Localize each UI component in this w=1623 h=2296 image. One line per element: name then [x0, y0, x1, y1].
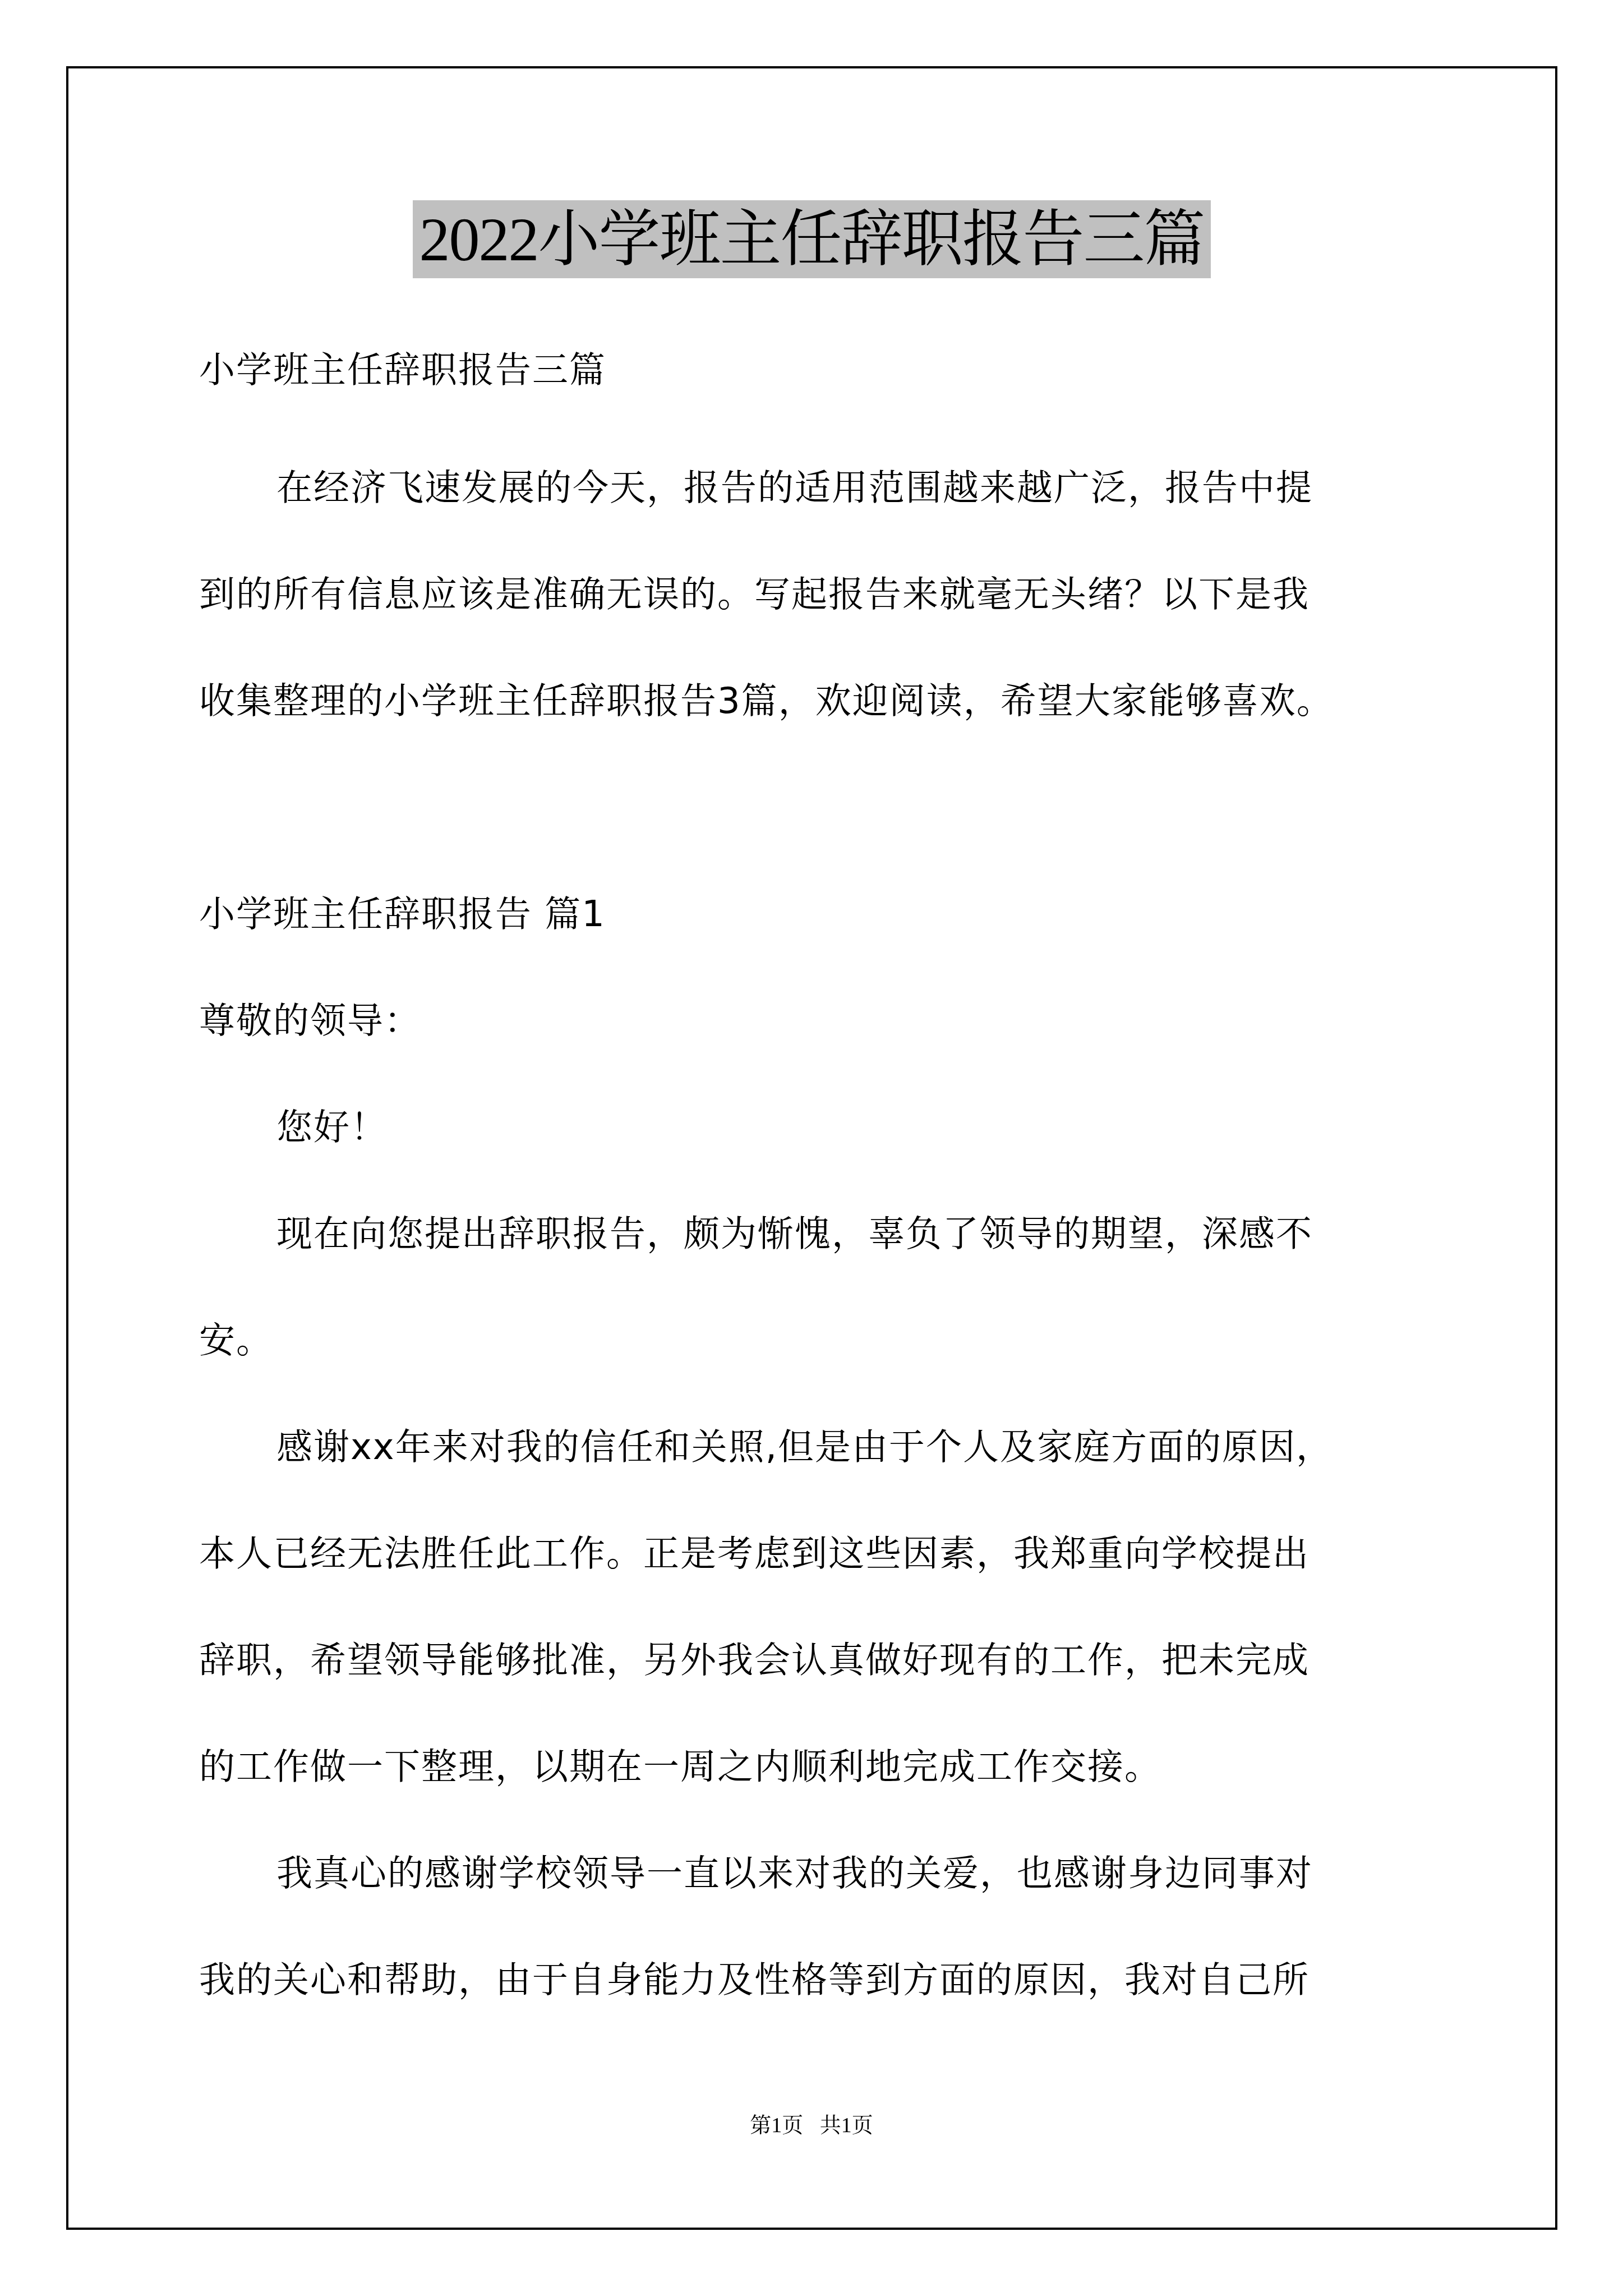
- greeting: 您好！: [276, 1101, 1533, 1154]
- current-page-label: 第1页: [750, 2114, 803, 2137]
- intro-line-2: 到的所有信息应该是准确无误的。写起报告来就毫无头绪？以下是我: [199, 568, 1455, 622]
- intro-line-1: 在经济飞速发展的今天，报告的适用范围越来越广泛，报告中提: [276, 461, 1533, 515]
- page-footer: 第1页 共1页: [0, 2111, 1623, 2139]
- body-line-1: 现在向您提出辞职报告，颇为惭愧，辜负了领导的期望，深感不: [276, 1207, 1533, 1261]
- body-line-2: 安。: [199, 1314, 1455, 1368]
- body-line-7: 我真心的感谢学校领导一直以来对我的关爱，也感谢身边同事对: [276, 1847, 1533, 1901]
- body-line-8: 我的关心和帮助，由于自身能力及性格等到方面的原因，我对自己所: [199, 1953, 1455, 2007]
- section-heading: 小学班主任辞职报告 篇1: [199, 887, 1455, 941]
- body-line-5: 辞职，希望领导能够批准，另外我会认真做好现有的工作，把未完成: [199, 1634, 1455, 1687]
- intro-line-3: 收集整理的小学班主任辞职报告3篇，欢迎阅读，希望大家能够喜欢。: [199, 674, 1455, 728]
- document-subtitle: 小学班主任辞职报告三篇: [199, 343, 1455, 397]
- salutation: 尊敬的领导：: [199, 994, 1455, 1048]
- title-highlight: 2022小学班主任辞职报告三篇: [413, 200, 1211, 278]
- body-line-3: 感谢xx年来对我的信任和关照,但是由于个人及家庭方面的原因，: [276, 1420, 1533, 1474]
- body-line-6: 的工作做一下整理，以期在一周之内顺利地完成工作交接。: [199, 1740, 1455, 1794]
- body-line-4: 本人已经无法胜任此工作。正是考虑到这些因素，我郑重向学校提出: [199, 1527, 1455, 1581]
- document-title: 2022小学班主任辞职报告三篇: [419, 209, 1205, 270]
- total-pages-label: 共1页: [820, 2114, 873, 2137]
